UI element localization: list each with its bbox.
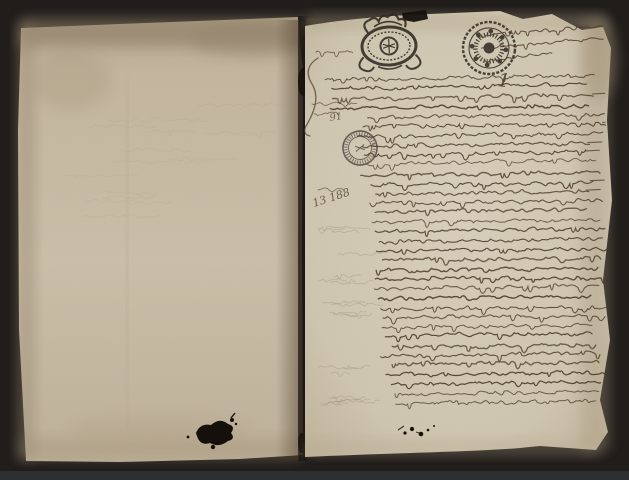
margin-note-top: 91 [329,111,343,124]
scan-canvas: 1 91 13 188 [0,0,629,480]
scanner-bed-strip [0,471,629,480]
manuscript-scan: 1 91 13 188 [0,0,629,480]
left-page [17,17,310,462]
